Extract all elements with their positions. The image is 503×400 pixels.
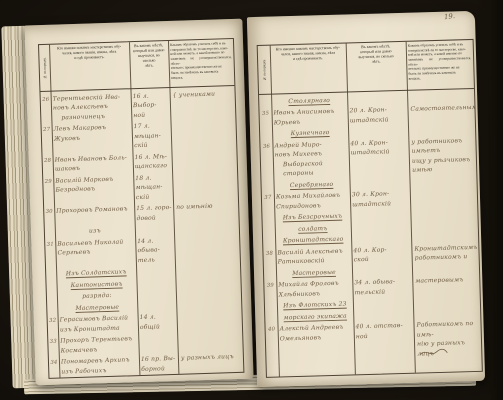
section-heading: Серебрянаго (273, 179, 349, 191)
section-subheading: разряда: (57, 290, 137, 302)
row-age-estate: 34 л. обыва-тельскій (352, 277, 413, 298)
section-heading: Изъ Флотскихъ 23 (277, 299, 353, 311)
row-remark: по имѣнію (173, 201, 239, 222)
row-name: Прохоровъ Романовъ (54, 204, 135, 226)
row-name: Иванъ Ивановъ Боль-шаковъ (52, 153, 133, 175)
row-remark: у работниковъ имѣетъищу у рѣзчиковъимѣю (408, 135, 476, 175)
row-age-estate: 40 л. Крон-штадтскій (348, 137, 409, 177)
row-number: 37 (262, 193, 275, 212)
section-subheading: изъ (55, 225, 135, 237)
row-number: 34 (49, 358, 60, 377)
register-row: 31 Васильевъ НиколайСергѣевъ 14 л. обыва… (45, 233, 240, 268)
row-remark: Кронштадтскимъработникомъ и (411, 242, 479, 263)
row-age-estate: 30 л. Крон-штадтскій (350, 189, 411, 210)
signature-flourish-icon (418, 346, 448, 359)
header-col-number: № по порядку. (261, 46, 267, 94)
row-number: 40 (265, 325, 278, 363)
table-body: Столярнаго 35 Иванъ АнисимовъЮрьевъ 20 л… (259, 89, 482, 376)
register-row: 36 Андрей Миро-новъ МихеевъВыборгской ст… (260, 135, 476, 179)
row-name: Терентьевскій Ива-новъ Алексѣевъразночин… (51, 92, 132, 123)
register-table-right: № по порядку. Кто именно какимъ мастерст… (257, 39, 483, 378)
row-name: Андрей Миро-новъ МихеевъВыборгской сторо… (272, 139, 349, 179)
row-number: 32 (48, 316, 59, 335)
row-age-estate: 14 л. обыва-тель (135, 235, 175, 265)
table-body: 26 Терентьевскій Ива-новъ Алексѣевъразно… (41, 86, 244, 377)
row-number: 33 (48, 337, 59, 356)
row-age-estate: 16 пр. Вы-борной (139, 354, 179, 374)
register-row: 34 Пономаревъ Архипъизъ Рабочихъ 16 пр. … (49, 352, 244, 377)
row-name: Козьма МихайловъСпиридоновъ (274, 190, 351, 211)
right-page: 19. № по порядку. Кто именно какимъ маст… (247, 11, 485, 387)
row-number: 28 (42, 155, 53, 174)
row-age-estate: 20 л. Крон-штадтскій (347, 105, 408, 126)
row-name: Василій АлексѣевъРатниковскій (275, 246, 352, 267)
header-col-place: Въ какомъ мѣстѣ,который или давновыучилс… (346, 42, 407, 92)
table-header: № по порядку. Кто именно какимъ мастерст… (39, 39, 234, 92)
row-number: 39 (264, 281, 277, 300)
row-name: Алексѣй АндреевъОмельяновъ (277, 322, 354, 362)
section-heading: Мастеровые (57, 302, 137, 314)
section-heading: Изъ Безсрочныхъ (274, 211, 350, 223)
section-heading: Мастеровые (276, 267, 352, 279)
section-heading: солдатъ (275, 223, 351, 235)
register-row: 29 Василій МарковъБезродновъ 18 л. мѣщан… (43, 170, 238, 205)
row-age-estate: 17 л. мѣщан-скій (131, 121, 171, 151)
row-name: Михайла ФроловъХлѣбниковъ (276, 278, 353, 299)
left-page: № по порядку. Кто именно какимъ мастерст… (24, 19, 253, 386)
row-age-estate: 14 л. общій (137, 312, 177, 332)
row-remark: у разныхъ лицъ (178, 352, 244, 373)
section-heading: Кантонистовъ (56, 279, 136, 291)
row-age-estate: 40 л. отстав-ной (353, 321, 414, 361)
table-header: № по порядку. Кто именно какимъ мастерст… (258, 40, 474, 95)
header-col-number: № по порядку. (42, 45, 48, 91)
row-number: 35 (259, 109, 272, 128)
header-col-remarks: Какимъ образомъ усвоилъ себѣ и въсоверше… (406, 40, 474, 90)
row-number: 36 (260, 141, 273, 179)
register-table-left: № по порядку. Кто именно какимъ мастерст… (38, 38, 244, 379)
folio-number: 19. (443, 12, 455, 21)
section-heading: Кронштадтскаго (275, 234, 351, 246)
section-heading: Столярнаго (271, 95, 347, 107)
section-heading: морскаго экипажа (277, 311, 353, 323)
header-col-remarks: Какимъ образомъ усвоилъ себѣ и въсоверше… (168, 39, 234, 87)
row-name: Левъ Макаровъ Жуковъ (52, 122, 133, 153)
header-col-name: Кто именно какимъ мастерствомъ обу-чался… (270, 44, 347, 94)
book-photo: № по порядку. Кто именно какимъ мастерст… (0, 0, 503, 400)
section-heading: Изъ Солдатскихъ (56, 267, 136, 279)
row-remark: Самостоятельнымъ (407, 103, 475, 124)
section-heading: Кузнечнаго (272, 127, 348, 139)
row-number: 38 (263, 248, 276, 267)
row-name: Герасимовъ Василійизъ Кронштадта (58, 313, 139, 335)
row-number: 30 (44, 207, 55, 226)
row-name: Васильевъ НиколайСергѣевъ (55, 237, 136, 268)
row-remark: { учениками (170, 88, 236, 119)
header-col-name: Кто именно какимъ мастерствомъ обу-чался… (49, 42, 130, 90)
row-remark: мастеровымъ (412, 275, 480, 296)
register-row: 40 Алексѣй АндреевъОмельяновъ 40 л. отст… (265, 319, 481, 363)
row-age-estate: 16 л. Мѣ-щанскаго (132, 151, 172, 171)
row-age-estate: 18 л. мѣщан-скій (133, 172, 173, 202)
row-name: Иванъ АнисимовъЮрьевъ (271, 106, 348, 127)
header-col-place: Въ какомъ мѣстѣ,который или давновыучилс… (129, 41, 169, 88)
row-age-estate: 16 л. Выбор-ной (131, 90, 171, 120)
row-name: Василій МарковъБезродновъ (53, 174, 134, 205)
register-row: 27 Левъ Макаровъ Жуковъ 17 л. мѣщан-скій (42, 119, 237, 154)
row-name: Пономаревъ Архипъизъ Рабочихъ (59, 355, 140, 377)
row-age-estate: 40 л. Кор-ской (351, 244, 412, 265)
row-age-estate: 15 л. горо-довой (134, 203, 174, 223)
row-name: Прохоръ ТерентьевъКосмачевъ (58, 334, 139, 356)
register-row: 26 Терентьевскій Ива-новъ Алексѣевъразно… (41, 88, 236, 123)
